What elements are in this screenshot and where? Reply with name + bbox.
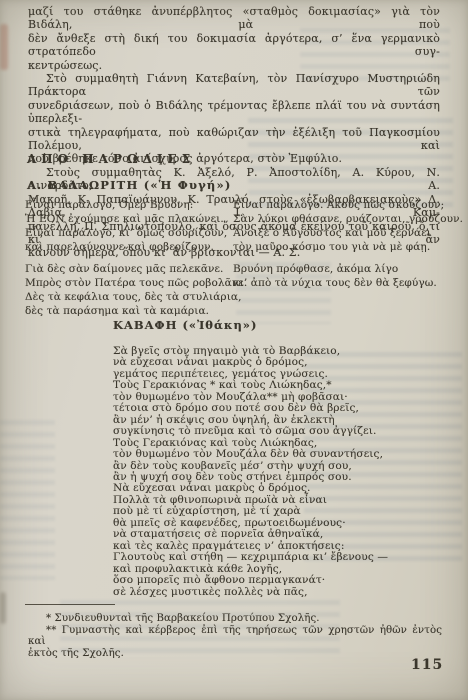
page-number: 115: [411, 657, 443, 673]
poem-line: καὶ παρελαύνουνε καὶ φοβερίζουν.: [25, 240, 233, 254]
poem-line: τέτοια στὸ δρόμο σου ποτέ σου δὲν θὰ βρε…: [113, 403, 443, 414]
paragraph: μαζί του στάθηκε ἀνυπέρβλητος «σταθμὸς δ…: [28, 5, 440, 72]
scan-edge-mark: [0, 24, 8, 70]
poem-line: δὲς τὰ παράσημα καὶ τὰ καμάρια.: [25, 304, 233, 318]
bleed-through-ghost: [0, 420, 55, 580]
poem-line: σὲ λέσχες μυστικὲς πολλὲς νὰ πᾶς,: [113, 587, 443, 598]
footnote-line: ἐκτὸς τῆς Σχολῆς.: [28, 648, 442, 660]
stanza: Βρυόνη πρόφθασε, ἀκόμα λίγο κι’ ἀπὸ τὰ ν…: [233, 262, 445, 290]
footnotes: * Συνδιευθυνταὶ τῆς Βαρβακείου Προτύπου …: [28, 613, 442, 659]
text-line: κεντρώσεως.: [28, 59, 440, 72]
text-line: δὲν ἄνθεξε στὴ δική του δοκιμασία ἀργότε…: [28, 32, 440, 59]
poem-line: τὸν μαῦρο κόσμο του γιὰ νὰ μὲ φάῃ.: [233, 240, 445, 254]
valaoritis-title: Α. ΒΑΛΑΩΡΙΤΗ («Ἡ Φυγή»): [27, 178, 232, 192]
stanza: Εἶναι παράλογο, Ὀμὲρ Βρυόνη: Ἡ ΕΟΝ ἐχούμ…: [25, 198, 233, 254]
poem-line: ὅσο μπορεῖς πιὸ ἄφθονο περμαγκανάτ·: [113, 575, 443, 586]
poem-line: Ἄνοιξε ὁ Αὔγουστος καὶ μοῦ ξερνάει: [233, 226, 445, 240]
poem-line: Δὲς τὰ κεφάλια τους, δὲς τὰ στυλιάρια,: [25, 290, 233, 304]
poem-line: Εἶναι παράλογο, Ὀμὲρ Βρυόνη:: [25, 198, 233, 212]
valaoritis-poem: Εἶναι παράλογο, Ὀμὲρ Βρυόνη: Ἡ ΕΟΝ ἐχούμ…: [25, 198, 445, 326]
poem-column-right: Εἶναι παράλογο. Ἀκοῦς πῶς σκούζουν; Σὰν …: [233, 198, 445, 326]
poem-line: Γιὰ δὲς σὰν δαίμονες μᾶς πελεκᾶνε.: [25, 262, 233, 276]
kavafis-poem: Σὰ βγεῖς στὸν πηγαιμὸ γιὰ τὸ Βαρβάκειο, …: [113, 346, 443, 598]
poem-line: Βρυόνη πρόφθασε, ἀκόμα λίγο: [233, 262, 445, 276]
footnote-line: ** Γυμναστὴς καὶ κέρβερος ἐπὶ τῆς τηρήσε…: [28, 625, 442, 648]
poem-line: Γλουτοὺς καὶ στήθη — κεχριμπάρια κι’ ἔβε…: [113, 552, 443, 563]
poem-line: συγκίνησις τὸ πνεῦμα καὶ τὸ σῶμα σου ἀγγ…: [113, 426, 443, 437]
scan-edge-mark: [0, 592, 6, 624]
poem-line: κι’ ἀπὸ τὰ νύχια τους δὲν θὰ ξεφύγω.: [233, 276, 445, 290]
poem-line: τὸν θυμωμένο τὸν Μουζάλα δὲν θὰ συναντήσ…: [113, 449, 443, 460]
poem-line: νὰ σταματήσεις σὲ πορνεῖα ἀθηναϊκά,: [113, 529, 443, 540]
footnote-rule: [25, 604, 115, 605]
section-heading: ΑΠΟ ΠΑΡΩΔΙΕΣ: [27, 152, 195, 166]
poem-line: Σὰν λύκοι φθάσανε, ρυάζονται, γρούζουν.: [233, 212, 445, 226]
poem-column-left: Εἶναι παράλογο, Ὀμὲρ Βρυόνη: Ἡ ΕΟΝ ἐχούμ…: [25, 198, 233, 326]
poem-line: Ἡ ΕΟΝ ἐχούμησε καὶ μᾶς πλακώνει.: [25, 212, 233, 226]
scanned-book-page: μαζί του στάθηκε ἀνυπέρβλητος «σταθμὸς δ…: [0, 0, 468, 700]
stanza: Εἶναι παράλογο. Ἀκοῦς πῶς σκούζουν; Σὰν …: [233, 198, 445, 254]
footnote-line: * Συνδιευθυνταὶ τῆς Βαρβακείου Προτύπου …: [28, 613, 442, 625]
text-line: μαζί του στάθηκε ἀνυπέρβλητος «σταθμὸς δ…: [28, 5, 440, 32]
text-line: Στὸ συμμαθητὴ Γιάννη Κατεβαίνη, τὸν Πανί…: [28, 72, 440, 99]
text-line: στικὰ τηλεγραφήματα, ποὺ καθώριζαν τὴν ἐ…: [28, 126, 440, 153]
text-line: συνεδριάσεων, ποὺ ὁ Βιδάλης τρέμοντας ἔβ…: [28, 99, 440, 126]
poem-line: Εἶναι παράλογο. Ἀκοῦς πῶς σκούζουν;: [233, 198, 445, 212]
poem-line: Μπρὸς στὸν Πατέρα τους πῶς ροβολᾶνε.: [25, 276, 233, 290]
kavafis-title: ΚΑΒΑΦΗ («Ἰθάκη»): [113, 318, 257, 332]
stanza: Γιὰ δὲς σὰν δαίμονες μᾶς πελεκᾶνε. Μπρὸς…: [25, 262, 233, 318]
poem-line: Εἶναι παράλογο, κι’ ὅμως σουρίζουν,: [25, 226, 233, 240]
